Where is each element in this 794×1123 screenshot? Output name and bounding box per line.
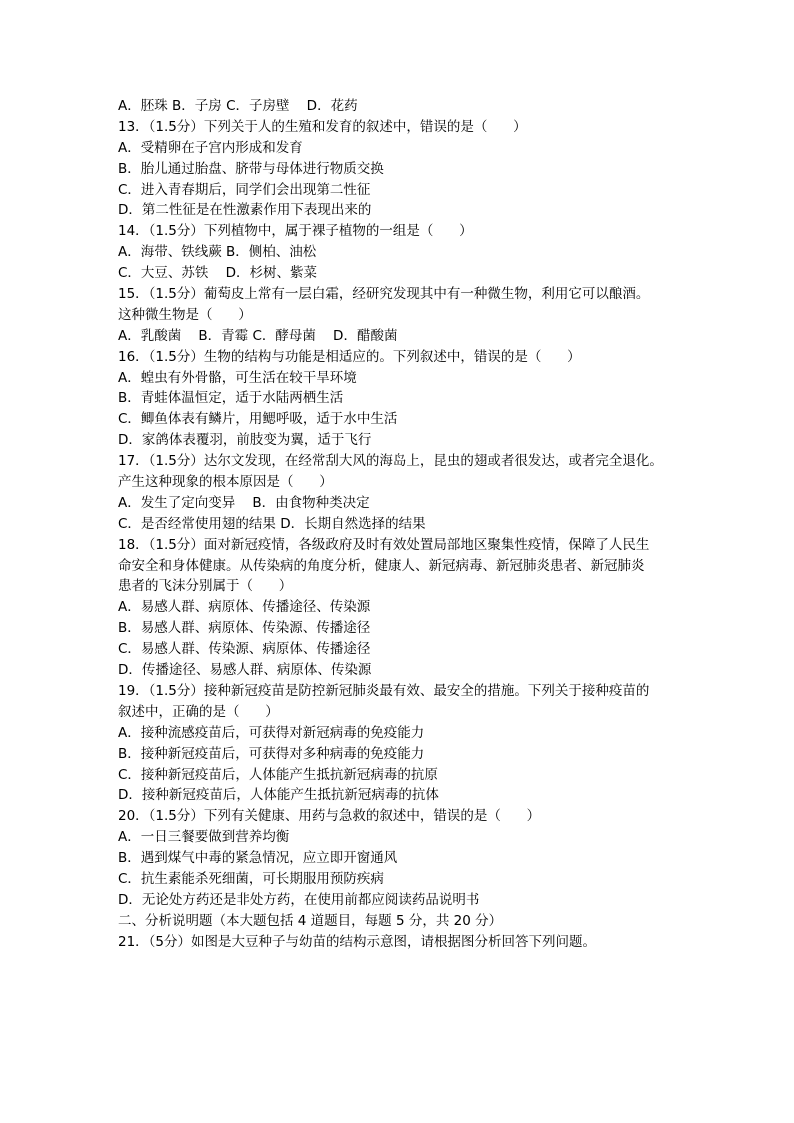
q17-stem-line2: 产生这种现象的根本原因是（ ） [118, 472, 718, 493]
q16-option-b: B．青蛙体温恒定，适于水陆两栖生活 [118, 388, 718, 409]
q18-option-b: B．易感人群、病原体、传染源、传播途径 [118, 618, 718, 639]
q18-option-c: C．易感人群、传染源、病原体、传播途径 [118, 639, 718, 660]
q19-option-c: C．接种新冠疫苗后，人体能产生抵抗新冠病毒的抗原 [118, 765, 718, 786]
q18-option-a: A．易感人群、病原体、传播途径、传染源 [118, 597, 718, 618]
q12-options: A．胚珠 B．子房 C．子房壁 D．花药 [118, 96, 718, 117]
q20-stem: 20．（1.5分）下列有关健康、用药与急救的叙述中，错误的是（ ） [118, 806, 718, 827]
q13-stem: 13．（1.5分）下列关于人的生殖和发育的叙述中，错误的是（ ） [118, 117, 718, 138]
q19-option-b: B．接种新冠疫苗后，可获得对多种病毒的免疫能力 [118, 744, 718, 765]
q13-option-d: D．第二性征是在性激素作用下表现出来的 [118, 200, 718, 221]
q19-option-d: D．接种新冠疫苗后，人体能产生抵抗新冠病毒的抗体 [118, 785, 718, 806]
q15-options: A．乳酸菌 B．青霉 C．酵母菌 D．醋酸菌 [118, 326, 718, 347]
q16-option-d: D．家鸽体表覆羽，前肢变为翼，适于飞行 [118, 430, 718, 451]
q19-option-a: A．接种流感疫苗后，可获得对新冠病毒的免疫能力 [118, 723, 718, 744]
q17-stem-line1: 17．（1.5分）达尔文发现，在经常刮大风的海岛上，昆虫的翅或者很发达，或者完全… [118, 451, 718, 472]
section-2-heading: 二、分析说明题（本大题包括 4 道题目，每题 5 分，共 20 分） [118, 911, 718, 932]
q14-options-cd: C．大豆、苏铁 D．杉树、紫菜 [118, 263, 718, 284]
q16-stem: 16．（1.5分）生物的结构与功能是相适应的。下列叙述中，错误的是（ ） [118, 347, 718, 368]
q20-option-c: C．抗生素能杀死细菌，可长期服用预防疾病 [118, 869, 718, 890]
q18-stem-line1: 18．（1.5分）面对新冠疫情，各级政府及时有效处置局部地区聚集性疫情，保障了人… [118, 535, 718, 556]
q13-option-a: A．受精卵在子宫内形成和发育 [118, 138, 718, 159]
q17-options-cd: C．是否经常使用翅的结果 D．长期自然选择的结果 [118, 514, 718, 535]
q17-options-ab: A．发生了定向变异 B．由食物种类决定 [118, 493, 718, 514]
q13-option-c: C．进入青春期后，同学们会出现第二性征 [118, 180, 718, 201]
q20-option-a: A．一日三餐要做到营养均衡 [118, 827, 718, 848]
q19-stem-line2: 叙述中，正确的是（ ） [118, 702, 718, 723]
q16-option-a: A．蝗虫有外骨骼，可生活在较干旱环境 [118, 368, 718, 389]
q14-stem: 14．（1.5分）下列植物中，属于裸子植物的一组是（ ） [118, 221, 718, 242]
q15-stem-line2: 这种微生物是（ ） [118, 305, 718, 326]
q13-option-b: B．胎儿通过胎盘、脐带与母体进行物质交换 [118, 159, 718, 180]
q18-stem-line3: 患者的飞沫分别属于（ ） [118, 576, 718, 597]
q20-option-b: B．遇到煤气中毒的紧急情况，应立即开窗通风 [118, 848, 718, 869]
q18-option-d: D．传播途径、易感人群、病原体、传染源 [118, 660, 718, 681]
q21-stem: 21．（5分）如图是大豆种子与幼苗的结构示意图，请根据图分析回答下列问题。 [118, 932, 718, 953]
q15-stem-line1: 15．（1.5分）葡萄皮上常有一层白霜，经研究发现其中有一种微生物，利用它可以酿… [118, 284, 718, 305]
exam-page: A．胚珠 B．子房 C．子房壁 D．花药 13．（1.5分）下列关于人的生殖和发… [118, 96, 718, 953]
q14-options-ab: A．海带、铁线蕨 B．侧柏、油松 [118, 242, 718, 263]
q20-option-d: D．无论处方药还是非处方药，在使用前都应阅读药品说明书 [118, 890, 718, 911]
q18-stem-line2: 命安全和身体健康。从传染病的角度分析，健康人、新冠病毒、新冠肺炎患者、新冠肺炎 [118, 556, 718, 577]
q19-stem-line1: 19．（1.5分）接种新冠疫苗是防控新冠肺炎最有效、最安全的措施。下列关于接种疫… [118, 681, 718, 702]
q16-option-c: C．鲫鱼体表有鳞片，用鳃呼吸，适于水中生活 [118, 409, 718, 430]
